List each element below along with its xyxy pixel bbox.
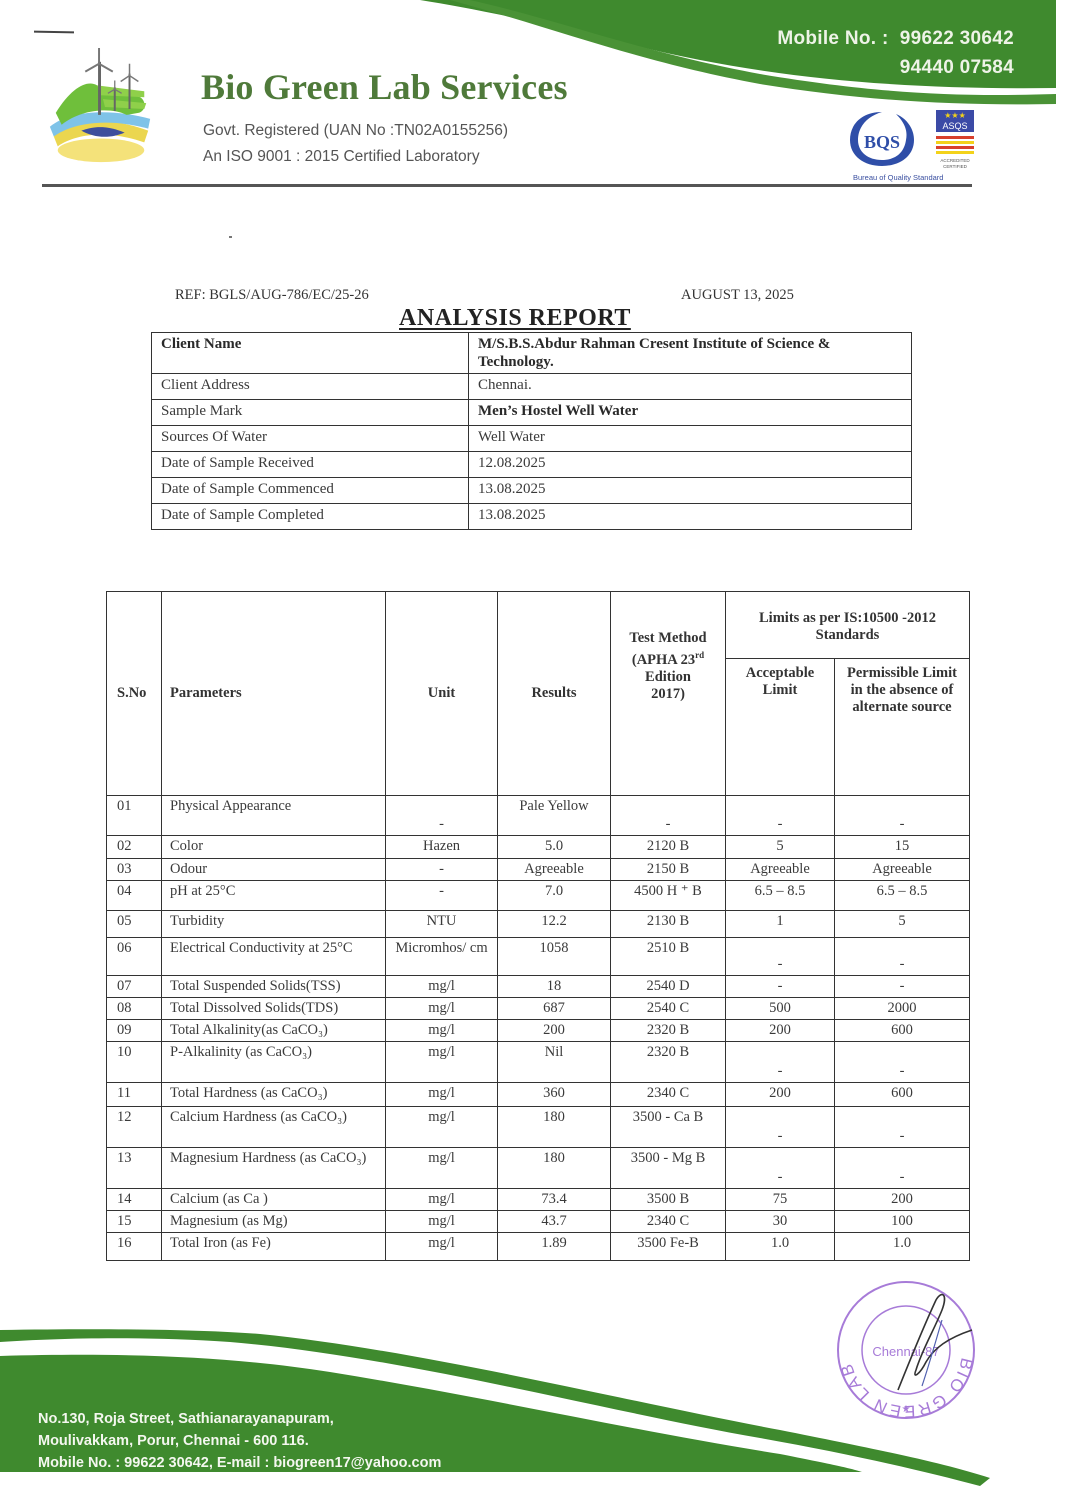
cell-method: 4500 H ⁺ B bbox=[611, 881, 726, 911]
result-row: 02ColorHazen5.02120 B515 bbox=[107, 836, 970, 859]
svg-text:BQS: BQS bbox=[864, 132, 900, 152]
cell-parameter: Magnesium (as Mg) bbox=[162, 1211, 386, 1233]
company-name: Bio Green Lab Services bbox=[201, 66, 568, 108]
footer-address-line2: Moulivakkam, Porur, Chennai - 600 116. bbox=[38, 1430, 441, 1452]
cell-method: 2510 B bbox=[611, 938, 726, 976]
result-row: 08Total Dissolved Solids(TDS)mg/l6872540… bbox=[107, 998, 970, 1020]
result-row: 13Magnesium Hardness (as CaCO₃)mg/l18035… bbox=[107, 1148, 970, 1189]
cell-acceptable: Agreeable bbox=[726, 859, 835, 881]
cell-acceptable: 75 bbox=[726, 1189, 835, 1211]
cell-result: Agreeable bbox=[498, 859, 611, 881]
mobile-label: Mobile No. : bbox=[777, 28, 888, 49]
cell-permissible: 5 bbox=[835, 911, 970, 938]
cell-unit: mg/l bbox=[386, 1148, 498, 1189]
header-acceptable-limit: Acceptable Limit bbox=[726, 659, 835, 796]
cell-unit: NTU bbox=[386, 911, 498, 938]
cell-method: - bbox=[611, 796, 726, 836]
bqs-caption: Bureau of Quality Standard bbox=[853, 173, 943, 182]
client-info-label: Client Address bbox=[152, 374, 469, 400]
cell-permissible: - bbox=[835, 1042, 970, 1083]
cell-parameter: Total Hardness (as CaCO₃) bbox=[162, 1083, 386, 1107]
cell-parameter: Total Iron (as Fe) bbox=[162, 1233, 386, 1261]
result-row: 05TurbidityNTU12.22130 B15 bbox=[107, 911, 970, 938]
cell-parameter: Calcium (as Ca ) bbox=[162, 1189, 386, 1211]
result-row: 03Odour-Agreeable2150 BAgreeableAgreeabl… bbox=[107, 859, 970, 881]
client-info-row: Client AddressChennai. bbox=[152, 374, 912, 400]
cell-unit: Micromhos/ cm bbox=[386, 938, 498, 976]
client-info-row: Date of Sample Commenced13.08.2025 bbox=[152, 478, 912, 504]
cell-permissible: Agreeable bbox=[835, 859, 970, 881]
cell-permissible: - bbox=[835, 1148, 970, 1189]
cell-method: 3500 B bbox=[611, 1189, 726, 1211]
cell-unit: mg/l bbox=[386, 1083, 498, 1107]
client-info-value: 12.08.2025 bbox=[469, 452, 912, 478]
cell-permissible: - bbox=[835, 938, 970, 976]
cell-unit: mg/l bbox=[386, 1211, 498, 1233]
cell-unit: mg/l bbox=[386, 998, 498, 1020]
cell-result: 180 bbox=[498, 1107, 611, 1148]
svg-text:ASQS: ASQS bbox=[942, 121, 967, 131]
cell-method: 2320 B bbox=[611, 1042, 726, 1083]
cell-result: Nil bbox=[498, 1042, 611, 1083]
result-row: 11Total Hardness (as CaCO₃)mg/l3602340 C… bbox=[107, 1083, 970, 1107]
cell-sno: 10 bbox=[107, 1042, 162, 1083]
footer-contact-line: Mobile No. : 99622 30642, E-mail : biogr… bbox=[38, 1452, 441, 1474]
result-row: 10P-Alkalinity (as CaCO₃)mg/lNil2320 B-- bbox=[107, 1042, 970, 1083]
cell-permissible: 200 bbox=[835, 1189, 970, 1211]
cell-method: 2320 B bbox=[611, 1020, 726, 1042]
client-info-value: 13.08.2025 bbox=[469, 478, 912, 504]
cell-permissible: 1.0 bbox=[835, 1233, 970, 1261]
client-info-value: Men’s Hostel Well Water bbox=[469, 400, 912, 426]
test-method-line1: Test Method bbox=[617, 630, 719, 647]
result-row: 12Calcium Hardness (as CaCO₃)mg/l1803500… bbox=[107, 1107, 970, 1148]
test-method-line3: Edition bbox=[617, 669, 719, 686]
report-date: AUGUST 13, 2025 bbox=[681, 287, 794, 304]
cell-parameter: Total Alkalinity(as CaCO₃) bbox=[162, 1020, 386, 1042]
cell-parameter: Electrical Conductivity at 25°C bbox=[162, 938, 386, 976]
cell-sno: 11 bbox=[107, 1083, 162, 1107]
client-info-label: Date of Sample Completed bbox=[152, 504, 469, 530]
cell-acceptable: - bbox=[726, 1148, 835, 1189]
svg-text:★★★: ★★★ bbox=[944, 111, 966, 120]
cell-unit: mg/l bbox=[386, 1233, 498, 1261]
client-info-value: M/S.B.S.Abdur Rahman Cresent Institute o… bbox=[469, 333, 912, 374]
cell-result: 360 bbox=[498, 1083, 611, 1107]
client-info-label: Client Name bbox=[152, 333, 469, 374]
bqs-badge-icon: BQS bbox=[846, 108, 918, 170]
cell-permissible: 2000 bbox=[835, 998, 970, 1020]
cell-acceptable: - bbox=[726, 938, 835, 976]
cell-permissible: 100 bbox=[835, 1211, 970, 1233]
cell-unit: mg/l bbox=[386, 1107, 498, 1148]
header-divider bbox=[42, 184, 972, 187]
cell-acceptable: - bbox=[726, 976, 835, 998]
cell-result: 180 bbox=[498, 1148, 611, 1189]
cell-parameter: Total Suspended Solids(TSS) bbox=[162, 976, 386, 998]
cell-result: 12.2 bbox=[498, 911, 611, 938]
cell-permissible: 600 bbox=[835, 1083, 970, 1107]
cell-sno: 05 bbox=[107, 911, 162, 938]
registration-line: Govt. Registered (UAN No :TN02A0155256) bbox=[203, 122, 508, 140]
result-row: 09Total Alkalinity(as CaCO₃)mg/l2002320 … bbox=[107, 1020, 970, 1042]
cell-sno: 08 bbox=[107, 998, 162, 1020]
result-row: 06Electrical Conductivity at 25°CMicromh… bbox=[107, 938, 970, 976]
mobile-primary: 99622 30642 bbox=[900, 28, 1014, 49]
result-row: 15Magnesium (as Mg)mg/l43.72340 C30100 bbox=[107, 1211, 970, 1233]
cell-sno: 07 bbox=[107, 976, 162, 998]
cell-acceptable: 1.0 bbox=[726, 1233, 835, 1261]
cell-parameter: Turbidity bbox=[162, 911, 386, 938]
client-info-row: Date of Sample Completed13.08.2025 bbox=[152, 504, 912, 530]
cell-permissible: - bbox=[835, 1107, 970, 1148]
svg-text:ACCREDITED: ACCREDITED bbox=[940, 158, 970, 163]
cell-result: 7.0 bbox=[498, 881, 611, 911]
cell-acceptable: - bbox=[726, 1042, 835, 1083]
client-info-row: Client NameM/S.B.S.Abdur Rahman Cresent … bbox=[152, 333, 912, 374]
test-method-line4: 2017) bbox=[617, 686, 719, 703]
cell-result: 687 bbox=[498, 998, 611, 1020]
cell-result: 18 bbox=[498, 976, 611, 998]
client-info-value: Chennai. bbox=[469, 374, 912, 400]
cell-result: 200 bbox=[498, 1020, 611, 1042]
client-info-table: Client NameM/S.B.S.Abdur Rahman Cresent … bbox=[151, 332, 912, 530]
cell-sno: 13 bbox=[107, 1148, 162, 1189]
header-permissible-limit: Permissible Limit in the absence of alte… bbox=[835, 659, 970, 796]
cell-result: 73.4 bbox=[498, 1189, 611, 1211]
client-info-label: Sources Of Water bbox=[152, 426, 469, 452]
cell-method: 3500 - Mg B bbox=[611, 1148, 726, 1189]
header-test-method: Test Method (APHA 23rd Edition 2017) bbox=[611, 592, 726, 796]
footer-contact: No.130, Roja Street, Sathianarayanapuram… bbox=[38, 1408, 441, 1474]
cell-method: 2540 D bbox=[611, 976, 726, 998]
client-info-value: Well Water bbox=[469, 426, 912, 452]
client-info-label: Date of Sample Commenced bbox=[152, 478, 469, 504]
header-unit: Unit bbox=[386, 592, 498, 796]
cell-acceptable: 200 bbox=[726, 1083, 835, 1107]
mobile-secondary: 94440 07584 bbox=[777, 53, 1014, 82]
cell-result: 43.7 bbox=[498, 1211, 611, 1233]
cell-sno: 09 bbox=[107, 1020, 162, 1042]
cell-parameter: Calcium Hardness (as CaCO₃) bbox=[162, 1107, 386, 1148]
cell-result: 1058 bbox=[498, 938, 611, 976]
client-info-row: Sources Of WaterWell Water bbox=[152, 426, 912, 452]
cell-sno: 03 bbox=[107, 859, 162, 881]
cell-acceptable: 200 bbox=[726, 1020, 835, 1042]
cell-result: 1.89 bbox=[498, 1233, 611, 1261]
header-limits-group: Limits as per IS:10500 -2012 Standards bbox=[726, 592, 970, 659]
cell-method: 3500 Fe-B bbox=[611, 1233, 726, 1261]
result-row: 04pH at 25°C-7.04500 H ⁺ B6.5 – 8.56.5 –… bbox=[107, 881, 970, 911]
cell-acceptable: - bbox=[726, 1107, 835, 1148]
cell-acceptable: 1 bbox=[726, 911, 835, 938]
client-info-label: Sample Mark bbox=[152, 400, 469, 426]
lab-logo-icon bbox=[42, 48, 160, 170]
cell-unit: - bbox=[386, 859, 498, 881]
header-sno: S.No bbox=[107, 592, 162, 796]
cell-sno: 12 bbox=[107, 1107, 162, 1148]
result-row: 07Total Suspended Solids(TSS)mg/l182540 … bbox=[107, 976, 970, 998]
cell-acceptable: 30 bbox=[726, 1211, 835, 1233]
footer-address-line1: No.130, Roja Street, Sathianarayanapuram… bbox=[38, 1408, 441, 1430]
cell-sno: 02 bbox=[107, 836, 162, 859]
cell-unit: mg/l bbox=[386, 1020, 498, 1042]
cell-parameter: P-Alkalinity (as CaCO₃) bbox=[162, 1042, 386, 1083]
cell-sno: 14 bbox=[107, 1189, 162, 1211]
test-method-line2: (APHA 23rd bbox=[617, 647, 719, 669]
cell-permissible: 6.5 – 8.5 bbox=[835, 881, 970, 911]
cell-unit: mg/l bbox=[386, 1042, 498, 1083]
cell-method: 2150 B bbox=[611, 859, 726, 881]
certification-line: An ISO 9001 : 2015 Certified Laboratory bbox=[203, 148, 480, 166]
cell-parameter: pH at 25°C bbox=[162, 881, 386, 911]
cell-unit: mg/l bbox=[386, 976, 498, 998]
cell-permissible: - bbox=[835, 976, 970, 998]
client-info-row: Sample MarkMen’s Hostel Well Water bbox=[152, 400, 912, 426]
cell-permissible: 15 bbox=[835, 836, 970, 859]
analysis-results-table: S.No Parameters Unit Results Test Method… bbox=[106, 591, 970, 1261]
result-row: 16Total Iron (as Fe)mg/l1.893500 Fe-B1.0… bbox=[107, 1233, 970, 1261]
client-info-row: Date of Sample Received12.08.2025 bbox=[152, 452, 912, 478]
cell-acceptable: 500 bbox=[726, 998, 835, 1020]
cell-sno: 16 bbox=[107, 1233, 162, 1261]
cell-parameter: Odour bbox=[162, 859, 386, 881]
report-title: ANALYSIS REPORT bbox=[399, 305, 631, 332]
cell-sno: 15 bbox=[107, 1211, 162, 1233]
cell-parameter: Magnesium Hardness (as CaCO₃) bbox=[162, 1148, 386, 1189]
cell-acceptable: 6.5 – 8.5 bbox=[726, 881, 835, 911]
cell-sno: 04 bbox=[107, 881, 162, 911]
cell-method: 3500 - Ca B bbox=[611, 1107, 726, 1148]
cell-method: 2120 B bbox=[611, 836, 726, 859]
client-info-value: 13.08.2025 bbox=[469, 504, 912, 530]
cell-method: 2340 C bbox=[611, 1083, 726, 1107]
cell-unit: Hazen bbox=[386, 836, 498, 859]
cell-permissible: 600 bbox=[835, 1020, 970, 1042]
cell-result: Pale Yellow bbox=[498, 796, 611, 836]
cell-acceptable: - bbox=[726, 796, 835, 836]
client-info-label: Date of Sample Received bbox=[152, 452, 469, 478]
header-results: Results bbox=[498, 592, 611, 796]
header-parameters: Parameters bbox=[162, 592, 386, 796]
result-row: 01Physical Appearance-Pale Yellow--- bbox=[107, 796, 970, 836]
cell-permissible: - bbox=[835, 796, 970, 836]
cell-result: 5.0 bbox=[498, 836, 611, 859]
cell-method: 2540 C bbox=[611, 998, 726, 1020]
cell-unit: - bbox=[386, 796, 498, 836]
cell-acceptable: 5 bbox=[726, 836, 835, 859]
cell-parameter: Color bbox=[162, 836, 386, 859]
cell-sno: 06 bbox=[107, 938, 162, 976]
cell-parameter: Total Dissolved Solids(TDS) bbox=[162, 998, 386, 1020]
header-mobile-numbers: Mobile No. : 99622 30642 94440 07584 bbox=[777, 24, 1014, 82]
asqs-badge-icon: ★★★ ASQS ACCREDITED CERTIFIED bbox=[936, 110, 974, 172]
scan-speck bbox=[229, 236, 232, 238]
cell-parameter: Physical Appearance bbox=[162, 796, 386, 836]
svg-text:CERTIFIED: CERTIFIED bbox=[943, 164, 967, 169]
cell-method: 2130 B bbox=[611, 911, 726, 938]
cell-unit: mg/l bbox=[386, 1189, 498, 1211]
cell-unit: - bbox=[386, 881, 498, 911]
cell-method: 2340 C bbox=[611, 1211, 726, 1233]
cell-sno: 01 bbox=[107, 796, 162, 836]
reference-number: REF: BGLS/AUG-786/EC/25-26 bbox=[175, 287, 369, 304]
result-row: 14Calcium (as Ca )mg/l73.43500 B75200 bbox=[107, 1189, 970, 1211]
